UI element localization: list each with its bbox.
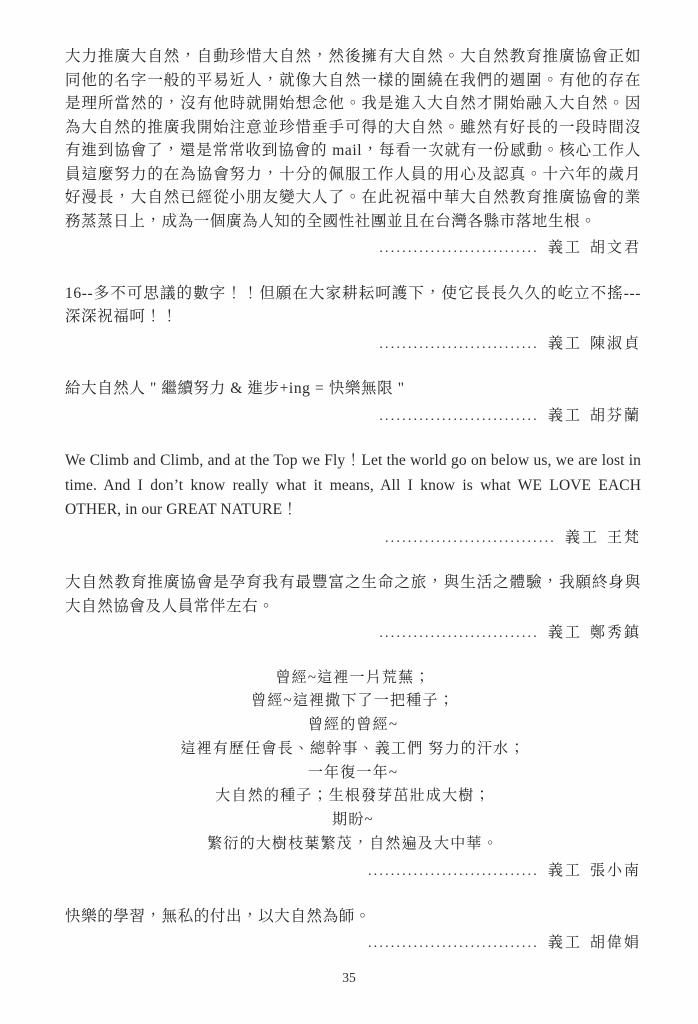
testimonial-entry: 給大自然人 " 繼續努力 & 進步+ing = 快樂無限 " .........… xyxy=(65,377,641,428)
signature-line: ............................義工胡芬蘭 xyxy=(65,405,641,429)
signature-name: 胡芬蘭 xyxy=(590,408,641,424)
signature-line: ............................義工胡文君 xyxy=(65,237,641,261)
poem-line: 一年復一年~ xyxy=(65,762,641,786)
dot-leader: ............................ xyxy=(379,409,539,424)
poem-line: 曾經~這裡撒下了一把種子； xyxy=(65,690,641,714)
testimonial-entry: 快樂的學習，無私的付出，以大自然為師。 ....................… xyxy=(65,905,641,956)
dot-leader: .............................. xyxy=(385,531,556,546)
poem-line: 曾經的曾經~ xyxy=(65,714,641,738)
poem-line: 這裡有歷任會長、總幹事、義工們 努力的汗水； xyxy=(65,738,641,762)
signature-name: 陳淑貞 xyxy=(590,336,641,352)
page-footer: 35 xyxy=(0,970,698,986)
testimonial-text: 16--多不可思議的數字！！但願在大家耕耘呵護下，使它長長久久的屹立不搖---深… xyxy=(65,282,641,329)
signature-name: 胡偉娟 xyxy=(590,935,641,951)
signature-line: ..............................義工胡偉娟 xyxy=(65,932,641,956)
signature-name: 胡文君 xyxy=(590,240,641,256)
testimonial-text: 大自然教育推廣協會是孕育我有最豐富之生命之旅，與生活之體驗，我願終身與大自然協會… xyxy=(65,571,641,618)
poem-line: 期盼~ xyxy=(65,809,641,833)
dot-leader: ............................ xyxy=(379,626,539,641)
signature-name: 張小南 xyxy=(590,863,641,879)
signature-role: 義工 xyxy=(548,935,582,951)
dot-leader: ............................ xyxy=(379,241,539,256)
testimonial-text: 大力推廣大自然，自動珍惜大自然，然後擁有大自然。大自然教育推廣協會正如同他的名字… xyxy=(65,45,641,233)
testimonial-entry-poem: 曾經~這裡一片荒蕪； 曾經~這裡撒下了一把種子； 曾經的曾經~ 這裡有歷任會長、… xyxy=(65,667,641,884)
document-page: 大力推廣大自然，自動珍惜大自然，然後擁有大自然。大自然教育推廣協會正如同他的名字… xyxy=(0,0,698,1024)
page-number: 35 xyxy=(342,970,356,985)
signature-role: 義工 xyxy=(548,625,582,641)
testimonial-entry-english: We Climb and Climb, and at the Top we Fl… xyxy=(65,449,641,550)
signature-line: ............................義工陳淑貞 xyxy=(65,333,641,357)
testimonial-text: 快樂的學習，無私的付出，以大自然為師。 xyxy=(65,905,641,929)
poem: 曾經~這裡一片荒蕪； 曾經~這裡撒下了一把種子； 曾經的曾經~ 這裡有歷任會長、… xyxy=(65,667,641,857)
signature-role: 義工 xyxy=(548,240,582,256)
signature-role: 義工 xyxy=(548,336,582,352)
poem-line: 繁衍的大樹枝葉繁茂，自然遍及大中華。 xyxy=(65,833,641,857)
signature-role: 義工 xyxy=(565,530,599,546)
signature-line: ..............................義工王梵 xyxy=(65,527,641,551)
testimonial-entry: 大自然教育推廣協會是孕育我有最豐富之生命之旅，與生活之體驗，我願終身與大自然協會… xyxy=(65,571,641,646)
dot-leader: ............................ xyxy=(379,337,539,352)
signature-role: 義工 xyxy=(548,408,582,424)
testimonial-entry: 16--多不可思議的數字！！但願在大家耕耘呵護下，使它長長久久的屹立不搖---深… xyxy=(65,282,641,357)
testimonial-entry: 大力推廣大自然，自動珍惜大自然，然後擁有大自然。大自然教育推廣協會正如同他的名字… xyxy=(65,45,641,261)
testimonial-text: 給大自然人 " 繼續努力 & 進步+ing = 快樂無限 " xyxy=(65,377,641,401)
poem-line: 曾經~這裡一片荒蕪； xyxy=(65,667,641,691)
signature-role: 義工 xyxy=(548,863,582,879)
signature-name: 鄭秀鎮 xyxy=(590,625,641,641)
signature-line: ..............................義工張小南 xyxy=(65,860,641,884)
signature-name: 王梵 xyxy=(607,530,641,546)
signature-line: ............................義工鄭秀鎮 xyxy=(65,622,641,646)
dot-leader: .............................. xyxy=(368,936,539,951)
poem-line: 大自然的種子；生根發芽茁壯成大樹； xyxy=(65,785,641,809)
testimonial-text: We Climb and Climb, and at the Top we Fl… xyxy=(65,449,641,523)
dot-leader: .............................. xyxy=(368,864,539,879)
